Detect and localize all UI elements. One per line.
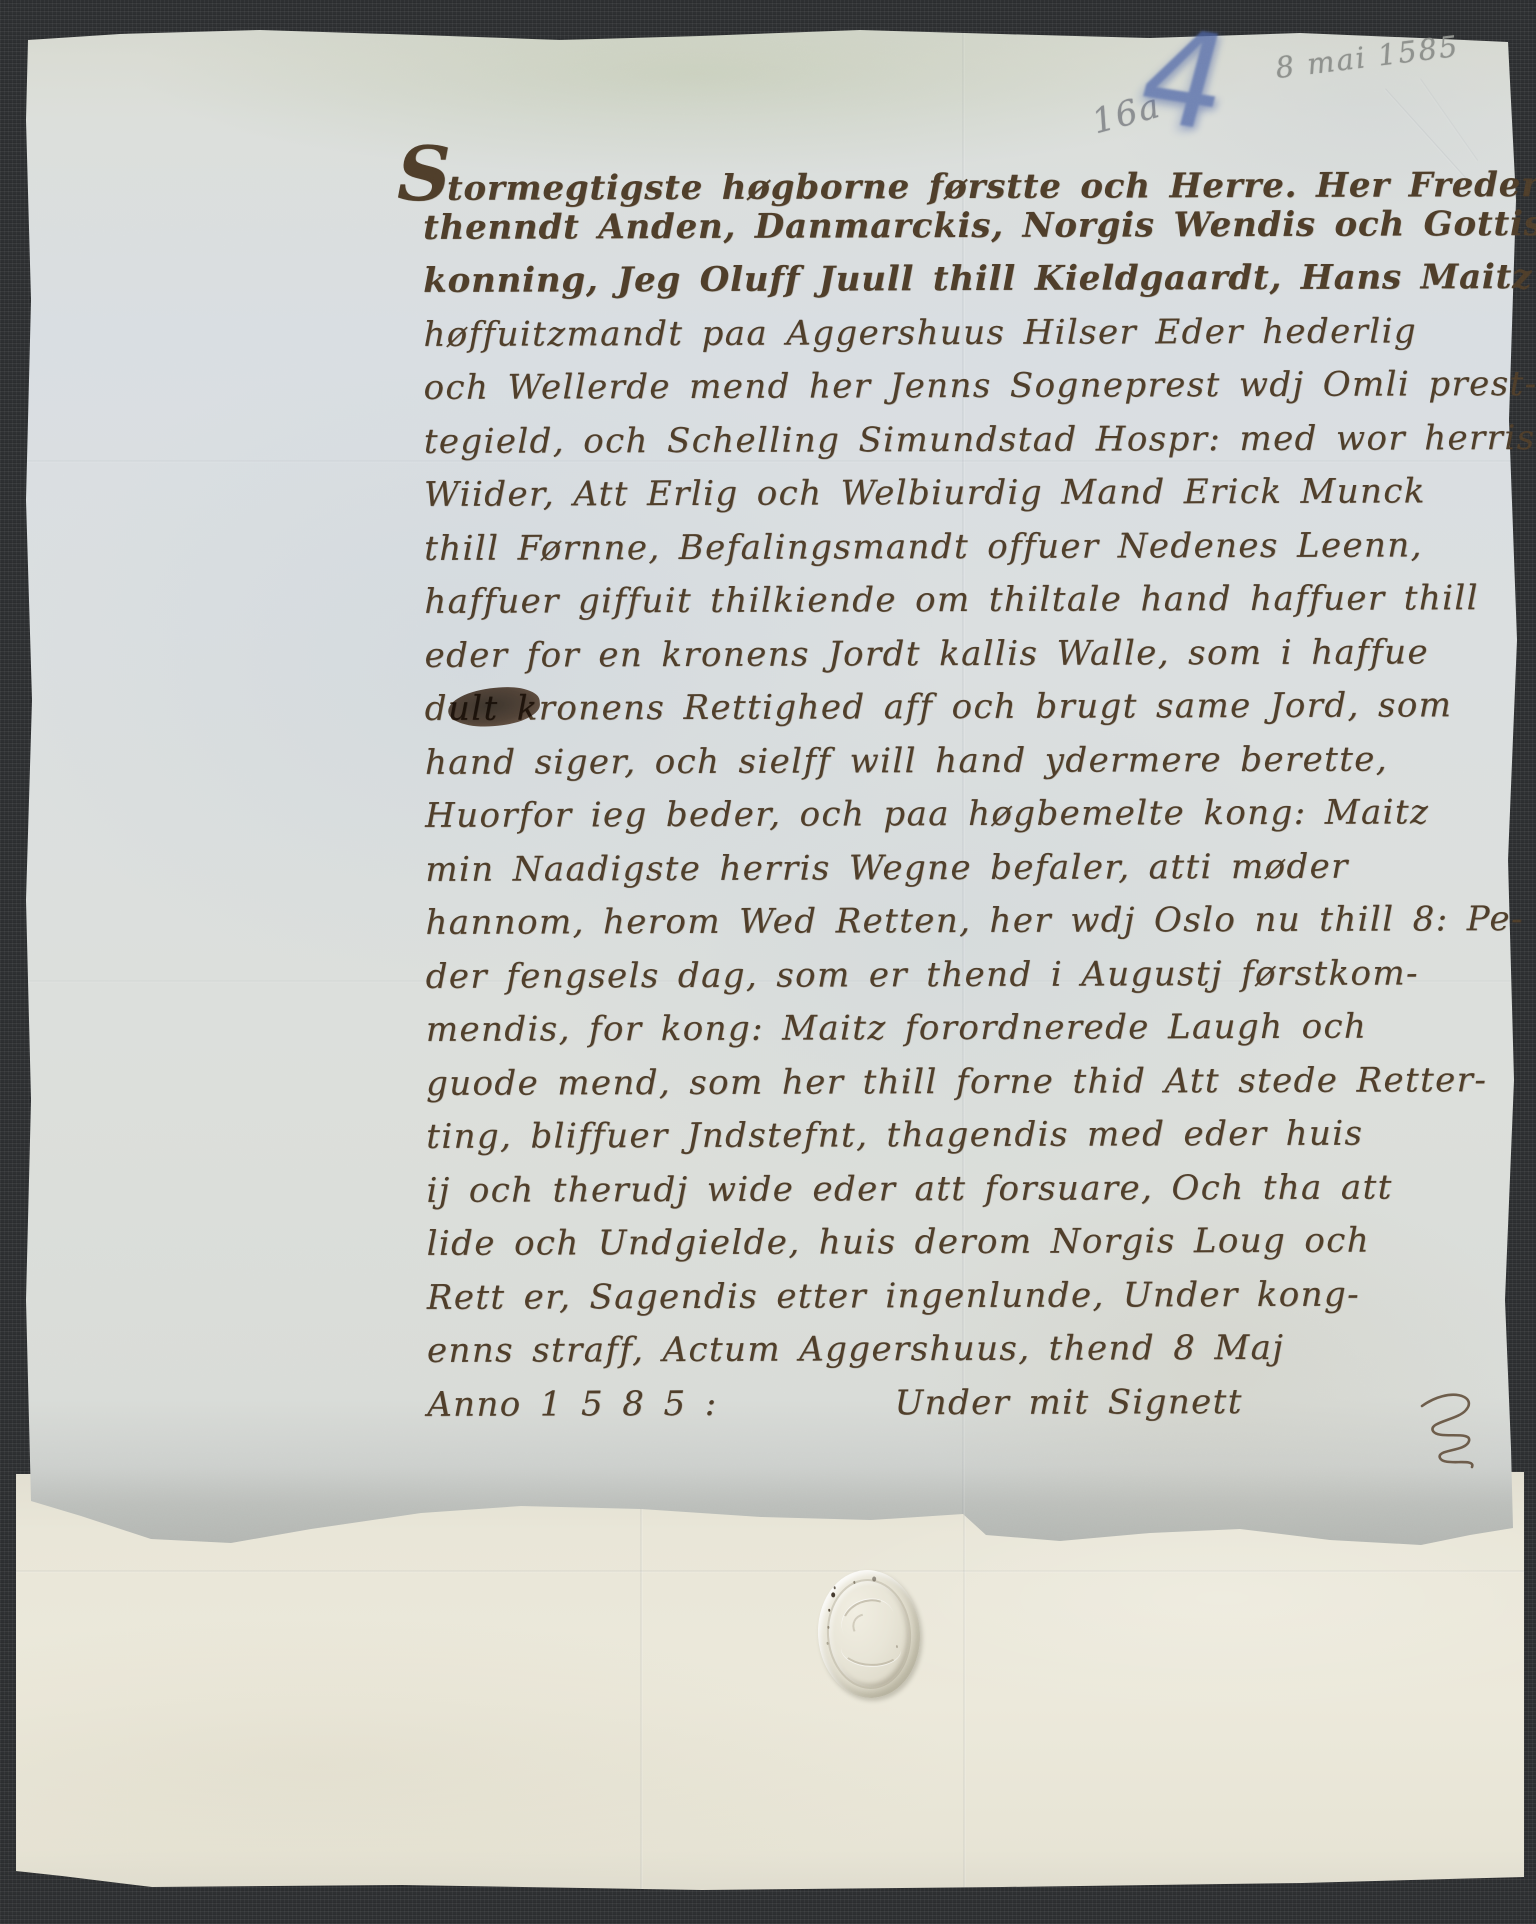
manuscript-line: mendis, for kong: Maitz forordnerede Lau… (426, 1000, 1511, 1057)
manuscript-text: Stormegtigste høgborne førstte och Herre… (423, 144, 1512, 1432)
seal-ink-specks (831, 1592, 835, 1597)
manuscript-line: ting, bliffuer Jndstefnt, thagendis med … (426, 1107, 1511, 1164)
manuscript-line: Stormegtigste høgborne førstte och Herre… (423, 144, 1508, 201)
manuscript-line: Rett er, Sagendis etter ingenlunde, Unde… (427, 1268, 1512, 1325)
manuscript-line: tegield, och Schelling Simundstad Hospr:… (424, 412, 1509, 469)
fold-crease-vertical (963, 1472, 966, 1892)
fold-crease-vertical (640, 1472, 643, 1892)
manuscript-line: guode mend, som her thill forne thid Att… (426, 1054, 1511, 1111)
manuscript-line: Anno 1 5 8 5 : Under mit Signett (427, 1375, 1512, 1432)
manuscript-line: och Wellerde mend her Jenns Sogneprest w… (424, 358, 1509, 415)
manuscript-line: Huorfor ieg beder, och paa høgbemelte ko… (425, 786, 1510, 843)
manuscript-line: hand siger, och sielff will hand ydermer… (425, 733, 1510, 790)
manuscript-line: konning, Jeg Oluff Juull thill Kieldgaar… (423, 251, 1508, 308)
manuscript-line: ij och therudj wide eder att forsuare, O… (426, 1161, 1511, 1218)
manuscript-line: dult kronens Rettighed aff och brugt sam… (425, 679, 1510, 736)
manuscript-line: der fengsels dag, som er thend i Augustj… (426, 947, 1511, 1004)
signature-paraph (1416, 1390, 1496, 1478)
manuscript-line: lide och Undgielde, huis derom Norgis Lo… (426, 1214, 1511, 1271)
manuscript-line: haffuer giffuit thilkiende om thiltale h… (424, 572, 1509, 629)
manuscript-line: eder for en kronens Jordt kallis Walle, … (424, 626, 1509, 683)
manuscript-line: Wiider, Att Erlig och Welbiurdig Mand Er… (424, 465, 1509, 522)
manuscript-line: thenndt Anden, Danmarckis, Norgis Wendis… (423, 198, 1508, 255)
manuscript-line: hannom, herom Wed Retten, her wdj Oslo n… (425, 893, 1510, 950)
manuscript-line: høffuitzmandt paa Aggershuus Hilser Eder… (423, 305, 1508, 362)
fold-crease-horizontal (16, 1570, 1524, 1573)
manuscript-line: min Naadigste herris Wegne befaler, atti… (425, 840, 1510, 897)
manuscript-line: thill Førnne, Befalingsmandt offuer Nede… (424, 519, 1509, 576)
photograph-background: Stormegtigste høgborne førstte och Herre… (0, 0, 1536, 1924)
manuscript-line: enns straff, Actum Aggershuus, thend 8 M… (427, 1321, 1512, 1378)
